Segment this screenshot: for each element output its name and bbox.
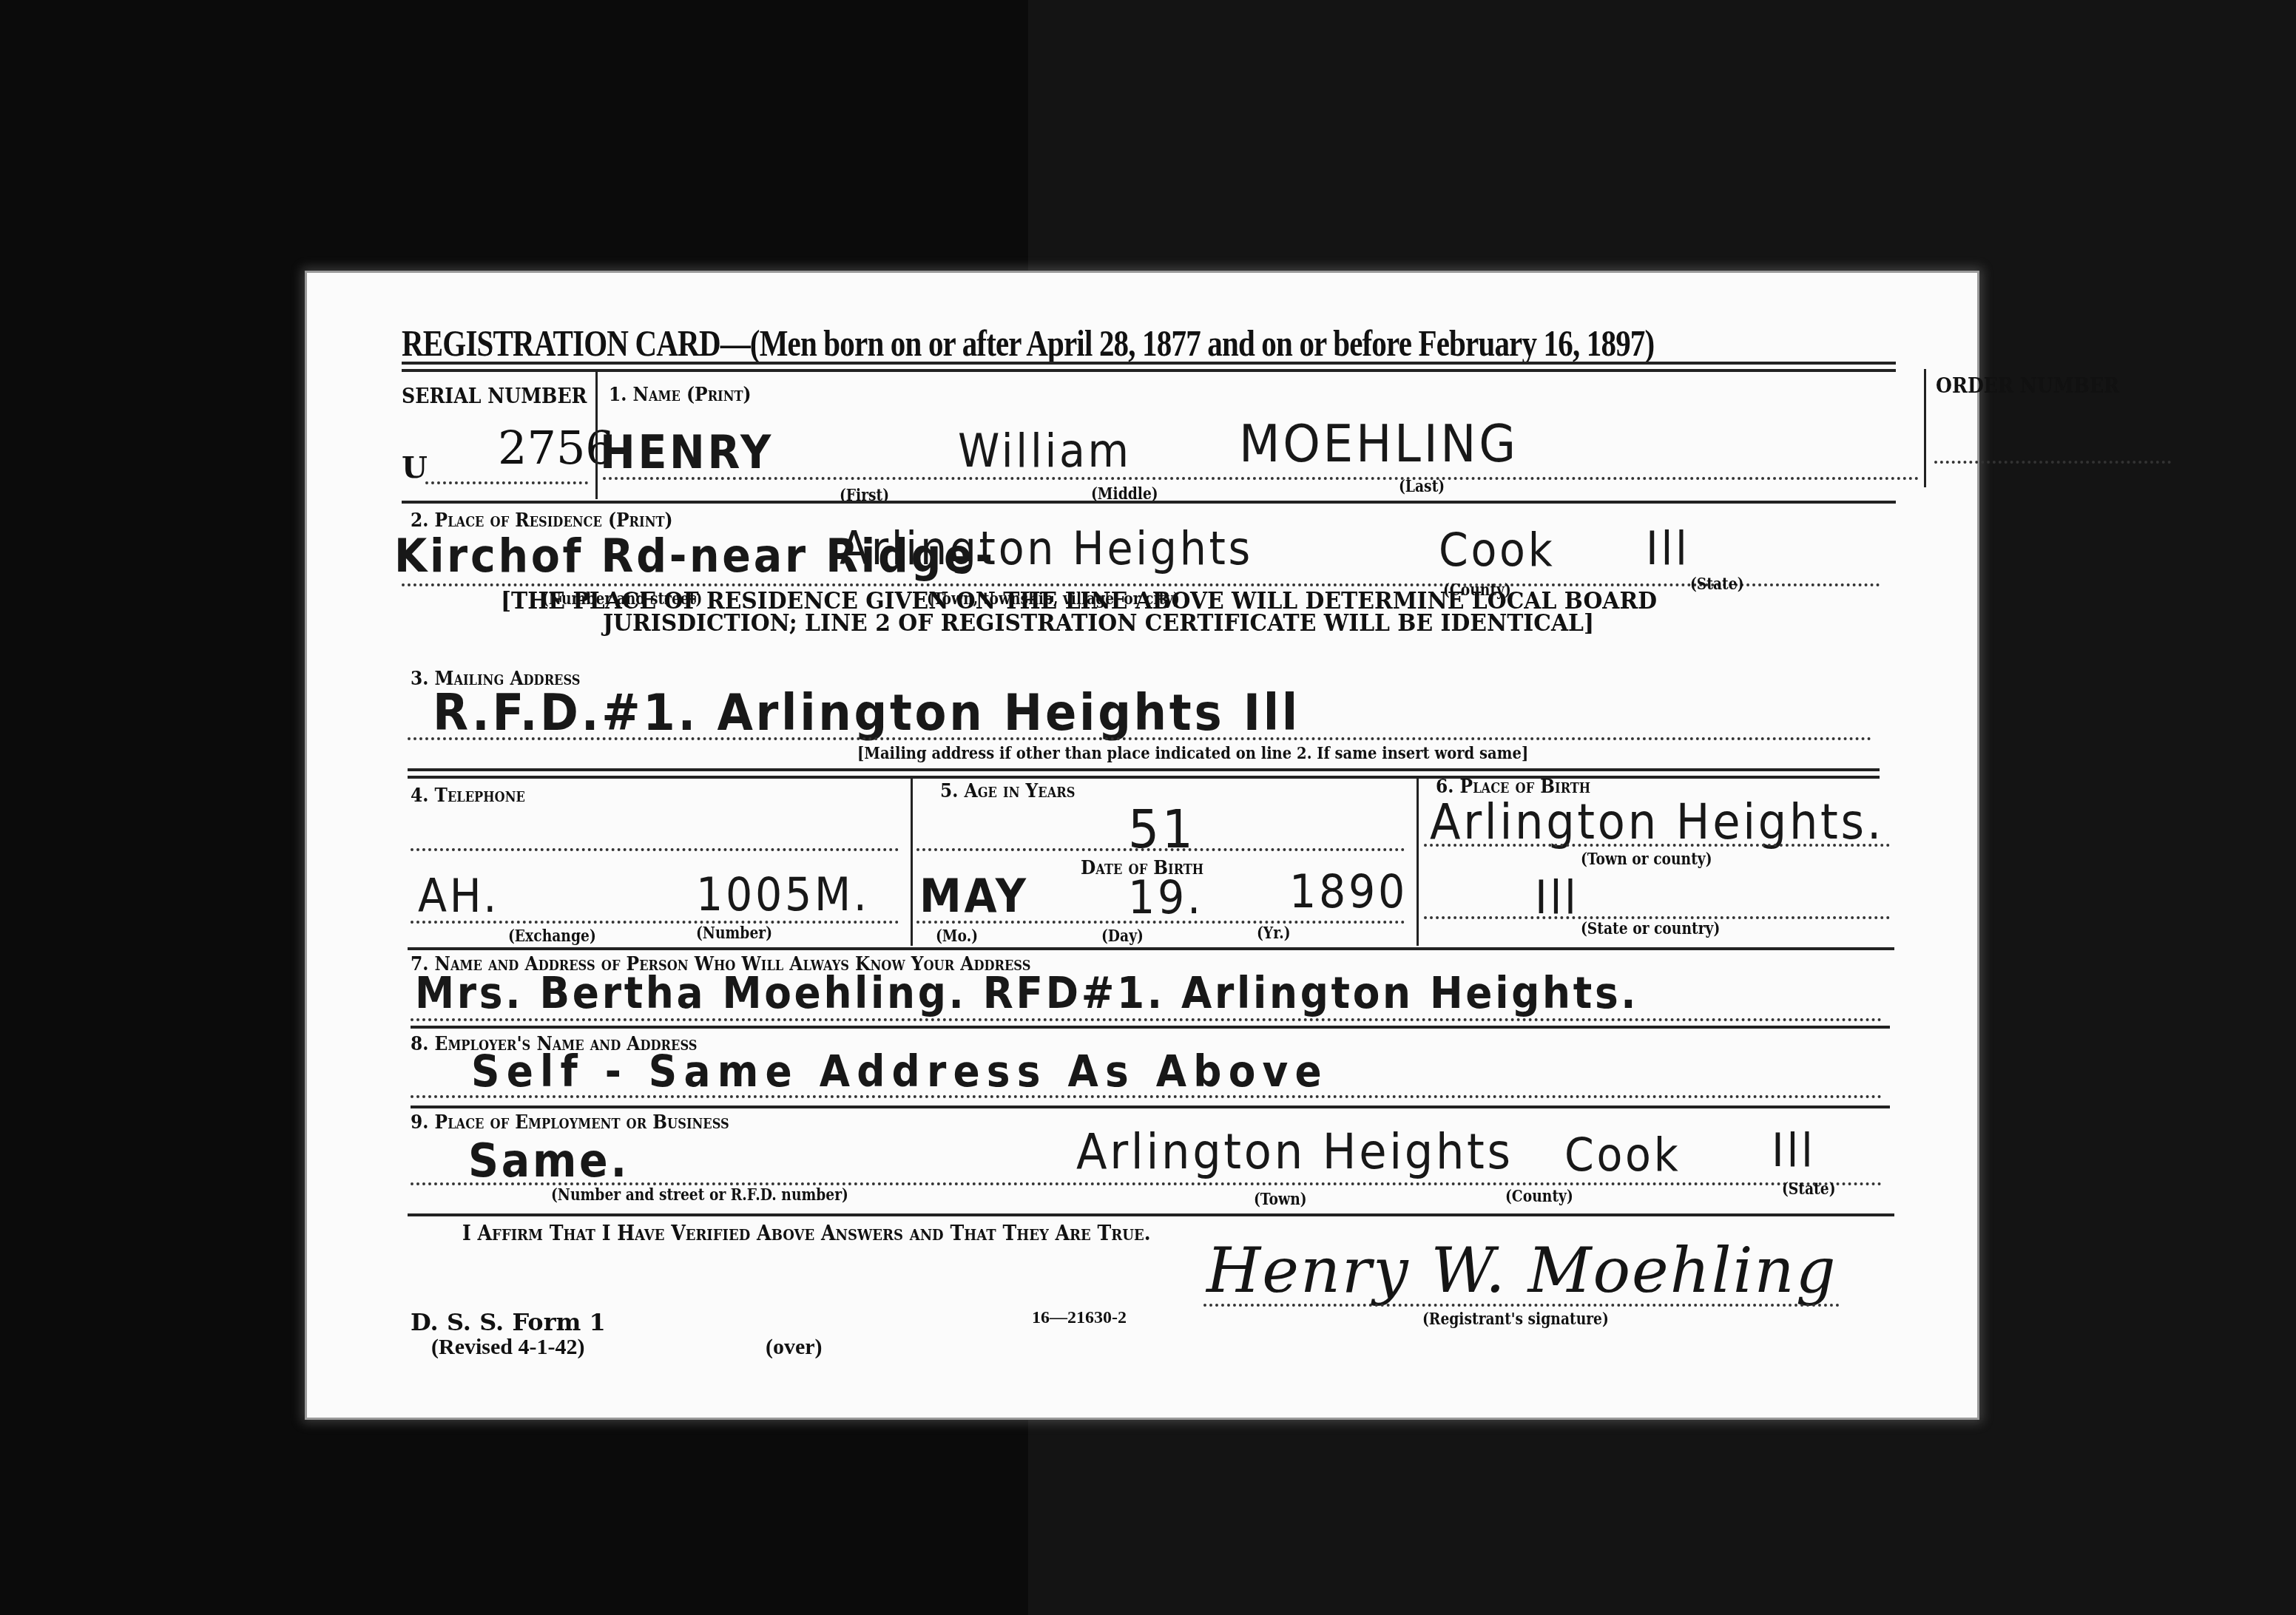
mailing-caption: [Mailing address if other than place ind…	[857, 743, 1528, 763]
row1-rule	[402, 501, 1896, 504]
residence-town: Arlington Heights	[840, 521, 1253, 575]
mailing-line	[408, 737, 1872, 740]
employment-county: Cook	[1564, 1128, 1681, 1182]
birthplace-town: Arlington Heights.	[1430, 793, 1884, 850]
telephone-number-caption: (Number)	[696, 924, 772, 943]
residence-county: Cook	[1439, 523, 1555, 577]
employment-town: Arlington Heights	[1076, 1123, 1513, 1180]
residence-state-caption: (State)	[1690, 575, 1744, 594]
row7-rule	[411, 1026, 1890, 1029]
form-revised: (Revised 4-1-42)	[431, 1335, 584, 1360]
serial-prefix: U	[402, 450, 428, 485]
row9-rule	[408, 1213, 1894, 1216]
order-number-label: ORDER NUMBER	[1936, 373, 2119, 398]
registration-card: REGISTRATION CARD—(Men born on or after …	[305, 271, 1979, 1420]
dob-line	[916, 921, 1405, 924]
dob-day-caption: (Day)	[1101, 927, 1144, 946]
row3-rule	[408, 768, 1880, 779]
telephone-number: 1005M.	[696, 867, 870, 921]
employment-label: 9. Place of Employment or Business	[411, 1111, 729, 1134]
signature-line	[1203, 1304, 1840, 1307]
name-line	[603, 477, 1919, 480]
telephone-exchange: AH.	[418, 869, 499, 923]
name-first: HENRY	[600, 425, 774, 479]
employer-value: Self - Same Address As Above	[471, 1046, 1328, 1097]
name-last-caption: (Last)	[1399, 477, 1445, 496]
row8-rule	[411, 1106, 1890, 1108]
employment-county-caption: (County)	[1505, 1187, 1573, 1206]
card-title: REGISTRATION CARD—(Men born on or after …	[402, 322, 1654, 365]
age-line	[916, 848, 1405, 851]
employment-town-caption: (Town)	[1254, 1190, 1307, 1209]
dob-year-caption: (Yr.)	[1257, 924, 1291, 943]
employer-line	[411, 1095, 1883, 1098]
name-label: 1. Name (Print)	[609, 384, 752, 406]
serial-line	[425, 481, 588, 484]
registrant-signature: Henry W. Moehling	[1206, 1234, 1837, 1307]
birthplace-town-line	[1424, 844, 1890, 847]
signature-caption: (Registrant's signature)	[1422, 1310, 1609, 1329]
residence-state: Ill	[1646, 521, 1690, 575]
birthplace-town-caption: (Town or county)	[1581, 850, 1712, 869]
serial-number-label: SERIAL NUMBER	[402, 384, 587, 408]
employment-street-caption: (Number and street or R.F.D. number)	[551, 1185, 848, 1205]
residence-notice-line2: JURISDICTION; LINE 2 OF REGISTRATION CER…	[603, 610, 1594, 637]
telephone-line-top	[411, 848, 899, 851]
dob-month: MAY	[919, 869, 1029, 923]
telephone-label: 4. Telephone	[411, 785, 525, 807]
employment-state: Ill	[1772, 1123, 1816, 1177]
telephone-line	[411, 921, 899, 924]
print-code: 16—21630-2	[1032, 1308, 1127, 1328]
age-label: 5. Age in Years	[940, 780, 1075, 802]
contact-line	[411, 1018, 1883, 1021]
divider-phone-age	[911, 779, 913, 946]
dob-month-caption: (Mo.)	[936, 927, 978, 946]
divider-serial-name	[595, 369, 598, 499]
mailing-value: R.F.D.#1. Arlington Heights Ill	[433, 684, 1300, 742]
dob-day: 19.	[1128, 870, 1203, 924]
row6-rule	[408, 947, 1894, 950]
form-id: D. S. S. Form 1	[411, 1308, 606, 1336]
residence-line	[402, 583, 1881, 586]
divider-name-order	[1924, 369, 1926, 487]
name-last: MOEHLING	[1239, 413, 1519, 474]
order-number-line	[1934, 461, 2171, 464]
employment-state-caption: (State)	[1782, 1179, 1836, 1199]
divider-age-birth	[1417, 779, 1419, 946]
employment-street: Same.	[468, 1134, 629, 1188]
birthplace-state-caption: (State or country)	[1581, 919, 1720, 938]
title-rule	[402, 362, 1896, 372]
contact-value: Mrs. Bertha Moehling. RFD#1. Arlington H…	[415, 968, 1638, 1018]
over-indicator: (over)	[766, 1335, 823, 1360]
affirmation-text: I Affirm That I Have Verified Above Answ…	[462, 1221, 1150, 1245]
telephone-exchange-caption: (Exchange)	[508, 927, 596, 946]
name-middle: William	[958, 424, 1132, 478]
dob-year: 1890	[1289, 864, 1408, 918]
